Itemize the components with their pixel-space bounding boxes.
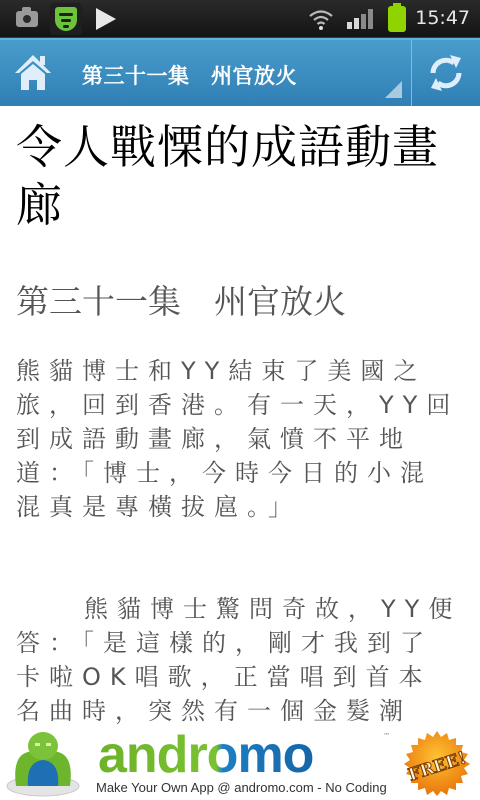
signal-icon [347, 9, 373, 29]
home-icon [0, 40, 66, 106]
episode-title: 第三十一集 州官放火 [16, 280, 464, 324]
story-paragraph: 熊貓博士和YY結束了美國之旅，回到香港。有一天，YY回到成語動畫廊，氣憤不平地道… [16, 354, 464, 524]
action-bar: 第三十一集 州官放火 [0, 38, 480, 106]
andromo-logo: andromo [98, 728, 313, 782]
wifi-icon [308, 8, 334, 30]
episode-spinner[interactable]: 第三十一集 州官放火 [66, 40, 410, 106]
home-button[interactable] [0, 40, 66, 106]
battery-icon [388, 6, 406, 32]
app-title: 令人戰慄的成語動畫廊 [16, 118, 464, 234]
status-bar: 15:47 [0, 0, 480, 38]
camera-icon [16, 11, 38, 27]
action-bar-title: 第三十一集 州官放火 [82, 60, 297, 90]
refresh-icon [412, 40, 480, 106]
refresh-button[interactable] [412, 40, 480, 106]
ad-tagline: Make Your Own App @ andromo.com - No Cod… [96, 780, 387, 795]
article-content[interactable]: 令人戰慄的成語動畫廊 第三十一集 州官放火 熊貓博士和YY結束了美國之旅，回到香… [0, 106, 480, 726]
starburst-badge-icon: FREE! [402, 730, 472, 796]
free-badge: FREE! [402, 730, 472, 796]
story-paragraph: 熊貓博士驚問奇故，YY便答：「是這樣的，剛才我到了卡啦OK唱歌，正當唱到首本名曲… [16, 592, 464, 726]
spinner-indicator-icon [385, 81, 402, 98]
play-store-icon [96, 8, 116, 30]
clock: 15:47 [415, 7, 470, 29]
andromo-robot-icon [4, 728, 82, 798]
trademark: ™ [383, 732, 390, 740]
lookout-shield-icon [50, 3, 82, 35]
ad-banner[interactable]: andromo ™ Make Your Own App @ andromo.co… [0, 726, 480, 800]
